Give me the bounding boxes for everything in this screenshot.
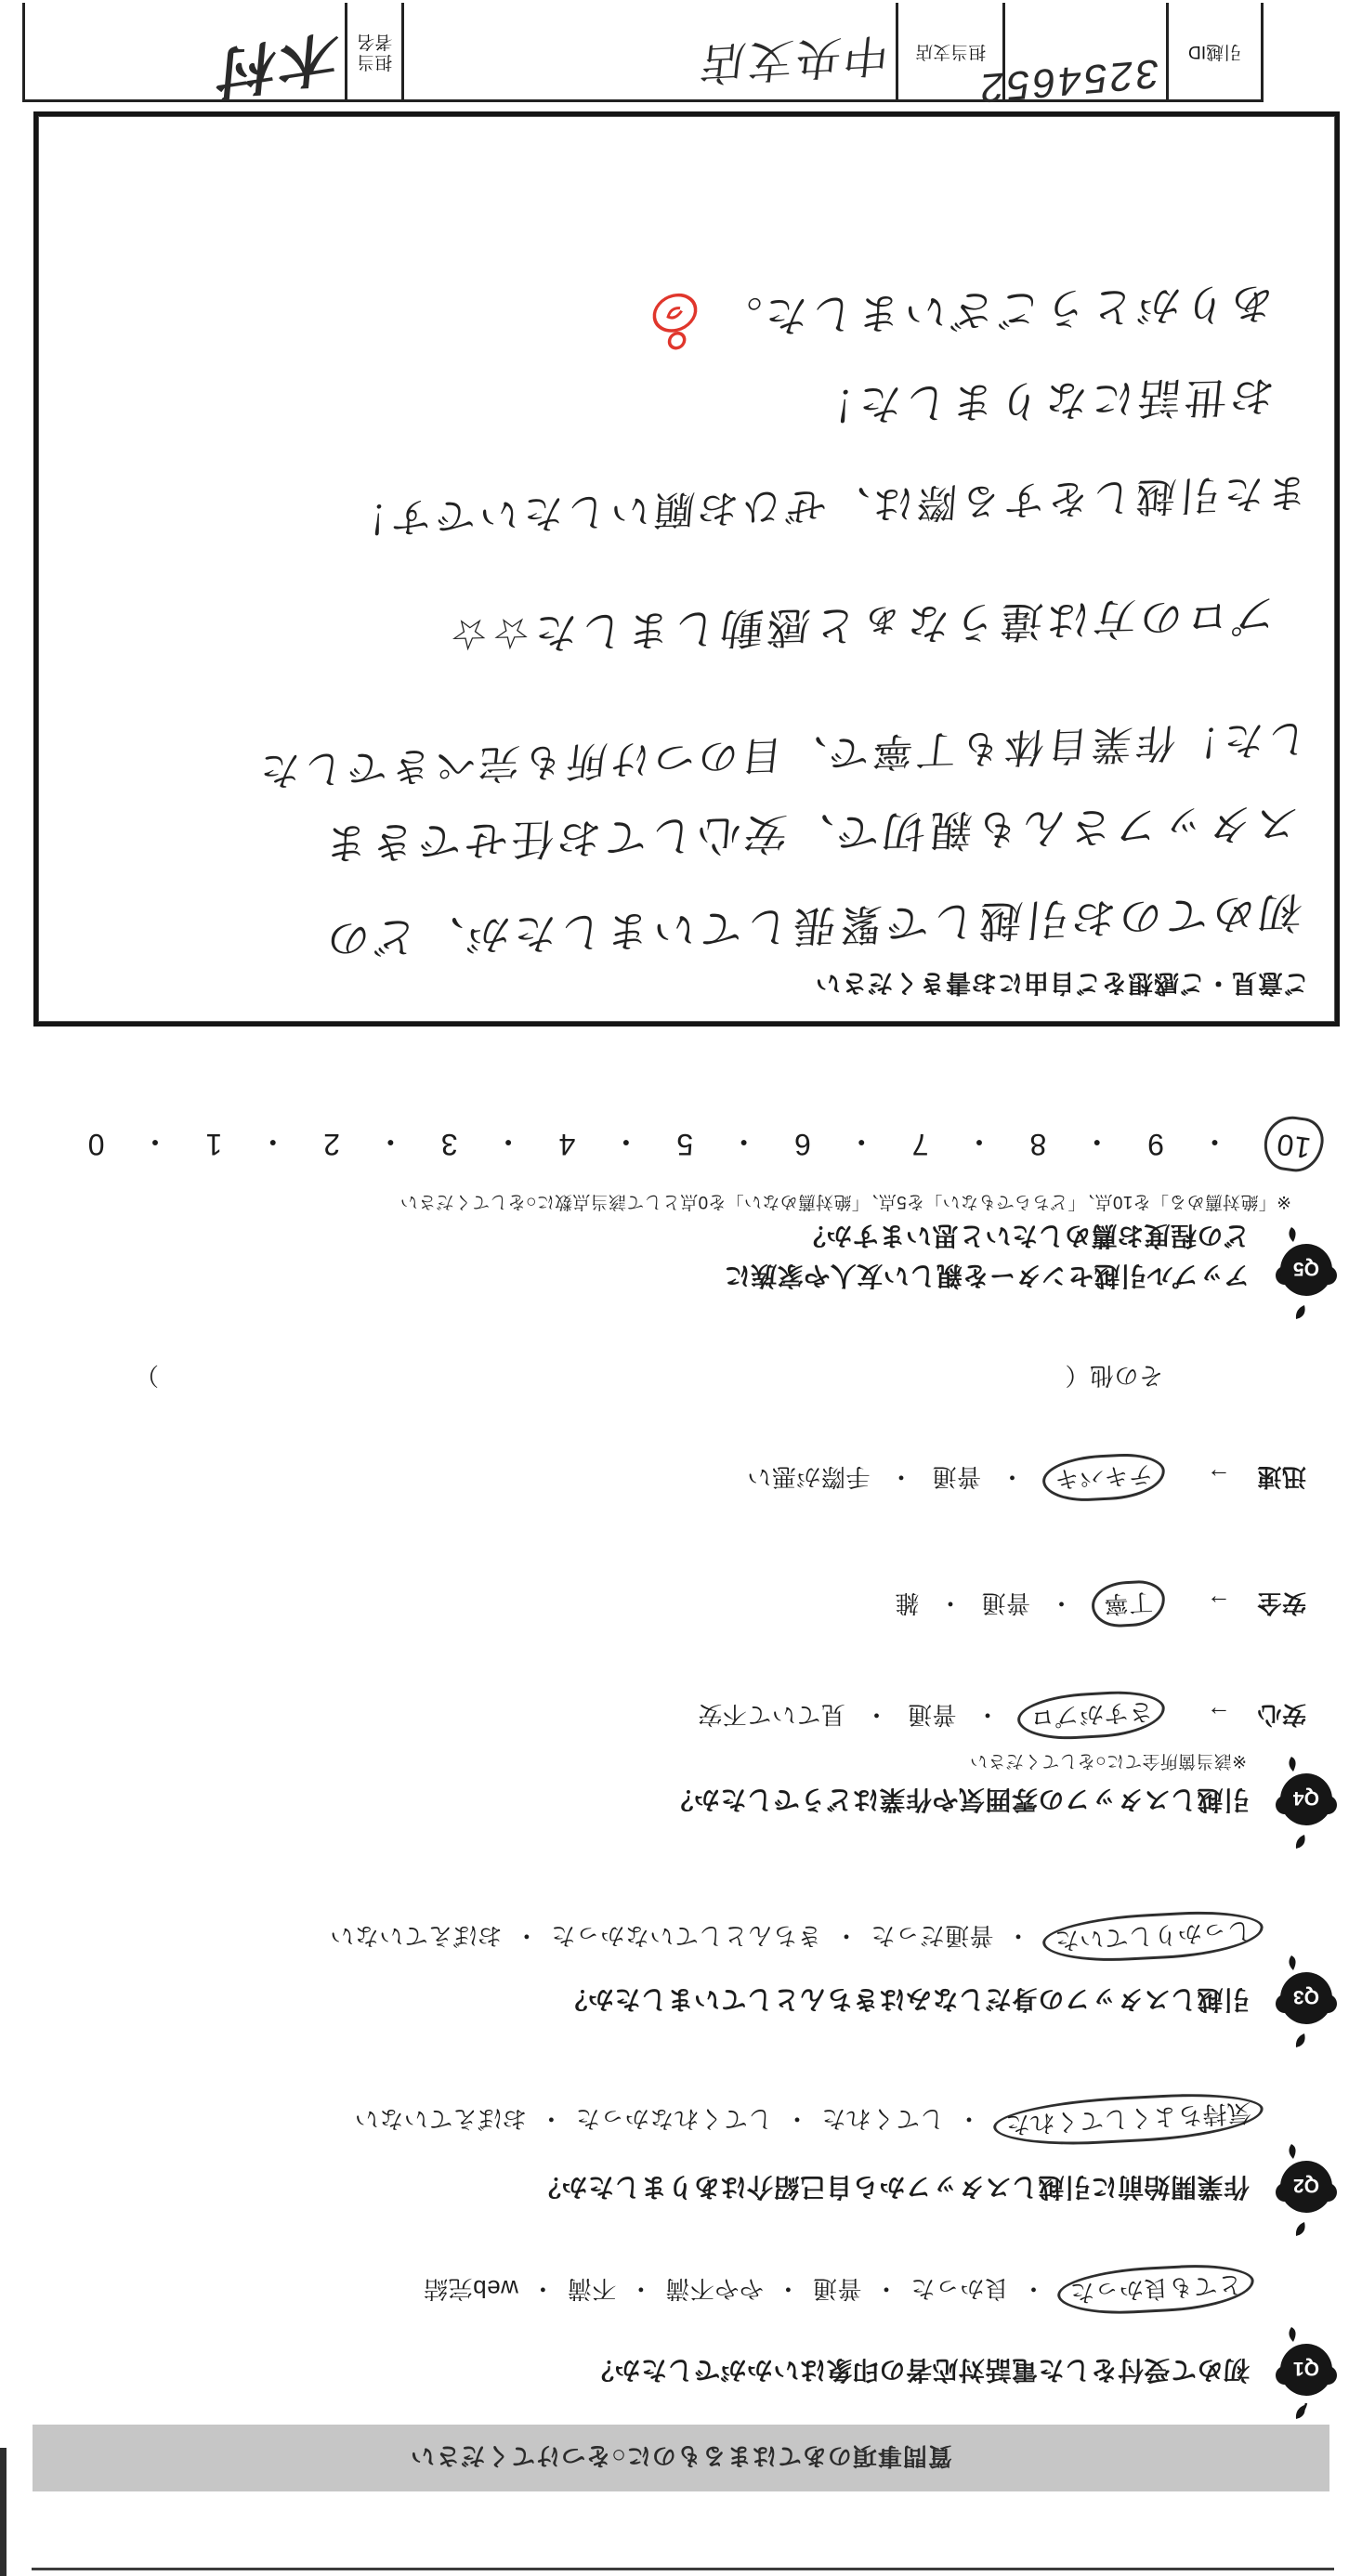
scale-separator: ・ — [846, 1123, 877, 1166]
q2-option: してくれなかった — [575, 2103, 772, 2138]
q4-row1-option: 見ていて不安 — [698, 1699, 845, 1733]
arrow-right-icon: → — [1206, 1701, 1231, 1729]
option-separator: ・ — [539, 2105, 564, 2133]
option-separator: ・ — [833, 1922, 858, 1950]
q4-row-anzen: 安全→丁寧・普通・雑 — [895, 1581, 1306, 1627]
handwritten-branch: 中央支店 — [694, 26, 892, 100]
q1-option: web完結 — [424, 2273, 518, 2308]
open-paren: （ — [1065, 1362, 1090, 1390]
q3-option-selected: しっかりしていた — [1041, 1908, 1264, 1965]
scale-value-selected: 10 — [1262, 1113, 1327, 1175]
handwritten-comment-line: した！作業自体も丁寧で、目のつけ所も完ぺきでした — [253, 713, 1310, 802]
option-separator: ・ — [956, 2105, 981, 2133]
option-separator: ・ — [873, 2275, 898, 2303]
option-separator: ・ — [514, 1922, 539, 1950]
scale-value: 8 — [1029, 1127, 1046, 1161]
q3-question: 引越しスタッフの身だしなみはきちんとしていましたか？ — [561, 1982, 1250, 2020]
comment-box: ご意見・ご感想をご自由にお書きください 初めてのお引越しで緊張していましたが、ど… — [33, 111, 1340, 1026]
scale-separator: ・ — [375, 1123, 406, 1166]
option-separator: ・ — [628, 2275, 653, 2303]
q3-options: しっかりしていた・普通だった・きちんとしていなかった・おぼえていない — [330, 1914, 1264, 1959]
q4-question: 引越しスタッフの雰囲気や作業はどうでしたか？ — [667, 1783, 1250, 1820]
handwritten-comment-line: また引越しをする際は、ぜひお願いしたいです！ — [342, 466, 1309, 550]
scale-value: 0 — [87, 1127, 104, 1161]
q4-row-label: 安全 — [1257, 1589, 1306, 1617]
staff-name-value-cell: 木村 — [25, 3, 345, 99]
svg-text:Q4: Q4 — [1293, 1787, 1319, 1809]
q4-row-anshin: 安心→さすがプロ・普通・見ていて不安 — [698, 1693, 1306, 1738]
scale-value: 6 — [794, 1127, 811, 1161]
moving-id-label: 引越ID — [1188, 41, 1241, 61]
option-separator: ・ — [975, 1701, 1000, 1729]
close-paren: ） — [134, 1362, 159, 1390]
q3-option: おぼえていない — [330, 1920, 503, 1955]
q5-mascot-icon: Q5 — [1271, 1223, 1342, 1320]
scan-edge-shadow — [32, 2568, 1334, 2570]
scale-separator: ・ — [1199, 1123, 1230, 1166]
staff-name-label: 担当者名 — [355, 31, 394, 72]
scale-value: 3 — [440, 1127, 457, 1161]
branch-label-cell: 担当支店 — [896, 3, 1002, 99]
q2-options: 気持ちよくしてくれた・してくれた・してくれなかった・おぼえていない — [354, 2097, 1264, 2142]
q4-mascot-icon: Q4 — [1271, 1753, 1342, 1850]
option-separator: ・ — [784, 2105, 809, 2133]
moving-id-value-cell: 3254652 — [1002, 3, 1166, 99]
staff-name-label-cell: 担当者名 — [345, 3, 401, 99]
q4-other-label: その他 — [1089, 1362, 1163, 1390]
scale-separator: ・ — [1081, 1123, 1112, 1166]
scale-value: 9 — [1147, 1127, 1164, 1161]
branch-label: 担当支店 — [915, 41, 986, 61]
scale-separator: ・ — [139, 1123, 170, 1166]
q4-row-label: 安心 — [1257, 1701, 1306, 1729]
handwritten-comment-line: スタッフさんも親切で、安心してお任せできま — [319, 795, 1301, 877]
handwritten-comment-line: 初めてのお引越しで緊張していましたが、どの — [321, 884, 1304, 973]
option-separator: ・ — [888, 1463, 913, 1491]
survey-sheet-rotated-180: 質問事項のあてはまるものに○をつけてください Q1 初めて受付をした電話対応者の… — [0, 0, 1362, 2576]
comment-box-label: ご意見・ご感想をご自由にお書きください — [815, 967, 1309, 1003]
q4-row-jinsoku: 迅速→テキパキ・普通・手際が悪い — [747, 1455, 1306, 1500]
q4-row2-selected: 丁寧 — [1091, 1579, 1166, 1628]
moving-id-label-cell: 引越ID — [1166, 3, 1261, 99]
q1-question: 初めて受付をした電話対応者の印象はいかがでしたか？ — [587, 2353, 1250, 2390]
svg-text:Q2: Q2 — [1293, 2175, 1319, 2196]
handwritten-thanks-text: ありがとうございました。 — [713, 279, 1277, 342]
option-separator: ・ — [1005, 1922, 1030, 1950]
option-separator: ・ — [937, 1589, 963, 1617]
scale-value: 2 — [323, 1127, 340, 1161]
q4-row1-option: 普通 — [907, 1699, 956, 1733]
svg-text:Q3: Q3 — [1293, 1986, 1319, 2007]
q4-row2-option: 雑 — [895, 1588, 920, 1622]
instruction-bar: 質問事項のあてはまるものに○をつけてください — [33, 2425, 1329, 2491]
scan-edge-sliver — [0, 2448, 7, 2576]
q4-row3-option: 手際が悪い — [747, 1461, 871, 1496]
staff-id-table: 引越ID 3254652 担当支店 中央支店 担当者名 木村 — [22, 3, 1264, 102]
q2-option: してくれた — [821, 2103, 945, 2138]
svg-text:Q1: Q1 — [1293, 2358, 1319, 2379]
q3-option: きちんとしていなかった — [551, 1920, 822, 1955]
q3-option: 普通だった — [871, 1920, 994, 1955]
option-separator: ・ — [530, 2275, 556, 2303]
option-separator: ・ — [1000, 1463, 1025, 1491]
q2-mascot-icon: Q2 — [1271, 2140, 1342, 2237]
q4-row1-selected: さすがプロ — [1017, 1689, 1167, 1742]
scale-separator: ・ — [610, 1123, 641, 1166]
arrow-right-icon: → — [1206, 1589, 1231, 1617]
handwritten-comment-line: ありがとうございました。 — [644, 265, 1277, 353]
q2-option-selected: 気持ちよくしてくれた — [992, 2089, 1264, 2149]
handwritten-comment-line: お世話になりました！ — [805, 368, 1277, 438]
q1-option: やや不満 — [665, 2273, 764, 2308]
red-pen-circle-mark — [644, 280, 705, 352]
scale-separator: ・ — [964, 1123, 995, 1166]
arrow-right-icon: → — [1206, 1463, 1231, 1491]
q2-question: 作業開始前に引越しスタッフから自己紹介はありましたか？ — [534, 2170, 1250, 2207]
instruction-text: 質問事項のあてはまるものに○をつけてください — [410, 2441, 952, 2476]
q4-other-row: その他（） — [134, 1360, 1163, 1394]
scale-separator: ・ — [493, 1123, 524, 1166]
q5-question-line2: どの程度お薦めしたいと思いますか？ — [799, 1219, 1250, 1256]
branch-value-cell: 中央支店 — [401, 3, 896, 99]
scale-value: 1 — [205, 1127, 222, 1161]
scale-value: 4 — [558, 1127, 575, 1161]
q5-note: ※「絶対薦める」を10点、「どちらでもない」を5点、「絶対薦めない」を0点として… — [400, 1191, 1291, 1216]
q1-option: 普通 — [812, 2273, 861, 2308]
option-separator: ・ — [1049, 1589, 1074, 1617]
q1-option-selected: とても良かった — [1056, 2261, 1255, 2317]
q1-options: とても良かった・良かった・普通・やや不満・不満・web完結 — [424, 2267, 1254, 2312]
q5-question-line1: アップル引越センターを親しい友人や家族に — [724, 1259, 1250, 1296]
svg-text:Q5: Q5 — [1293, 1258, 1319, 1279]
option-separator: ・ — [864, 1701, 889, 1729]
q4-row2-option: 普通 — [981, 1588, 1030, 1622]
option-separator: ・ — [776, 2275, 801, 2303]
handwritten-moving-id: 3254652 — [976, 49, 1160, 111]
q3-mascot-icon: Q3 — [1271, 1952, 1342, 2048]
scale-separator: ・ — [257, 1123, 288, 1166]
nps-scale: 10・ 9・ 8・ 7・ 6・ 5・ 4・ 3・ 2・ 1・ 0 — [87, 1117, 1323, 1171]
scanned-survey-page: 質問事項のあてはまるものに○をつけてください Q1 初めて受付をした電話対応者の… — [0, 0, 1362, 2576]
handwritten-staff-signature: 木村 — [210, 20, 341, 120]
scale-value: 5 — [676, 1127, 693, 1161]
q4-row3-selected: テキパキ — [1041, 1452, 1166, 1504]
scale-separator: ・ — [728, 1123, 759, 1166]
q4-row3-option: 普通 — [932, 1461, 981, 1496]
q1-mascot-icon: Q1 — [1271, 2323, 1342, 2420]
option-separator: ・ — [1021, 2275, 1046, 2303]
scale-value: 7 — [911, 1127, 928, 1161]
q2-option: おぼえていない — [354, 2103, 527, 2138]
handwritten-comment-line: プロの方は違うなぁと感動しました☆☆ — [443, 587, 1278, 669]
q1-option: 不満 — [567, 2273, 616, 2308]
q4-row-label: 迅速 — [1257, 1463, 1306, 1491]
q1-option: 良かった — [910, 2273, 1009, 2308]
q4-note: ※該当箇所全てに○をしてください — [970, 1750, 1247, 1775]
